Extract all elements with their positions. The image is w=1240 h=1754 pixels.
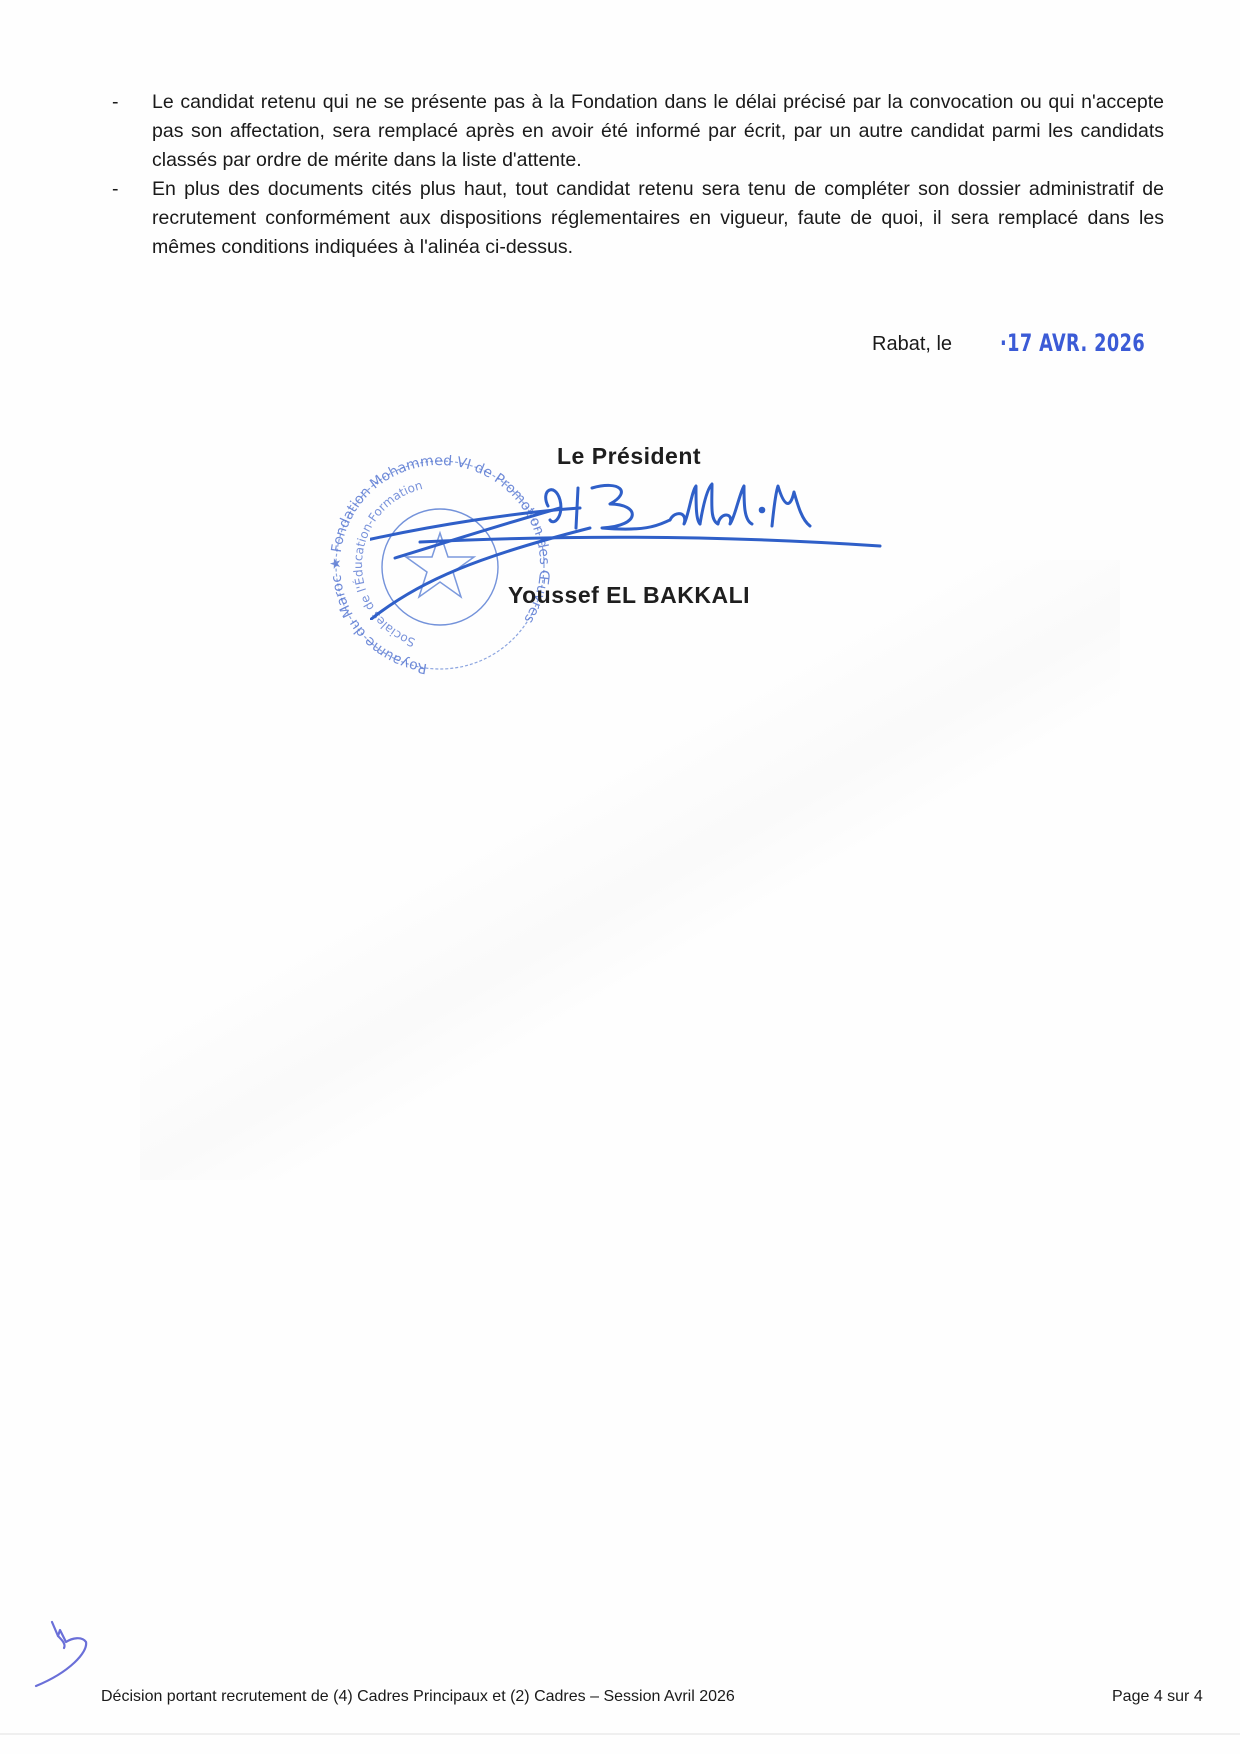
signatory-title: Le Président	[557, 443, 701, 470]
scan-smudge	[140, 560, 1120, 1180]
place-date: Rabat, le ·17 AVR. 2026	[872, 333, 952, 356]
bullet-dash: -	[112, 175, 132, 204]
document-page: - Le candidat retenu qui ne se présente …	[0, 0, 1240, 1754]
bullet-item: - Le candidat retenu qui ne se présente …	[112, 88, 1164, 175]
signatory-name: Youssef EL BAKKALI	[508, 582, 750, 609]
place-label: Rabat, le	[872, 333, 952, 355]
date-stamp: ·17 AVR. 2026	[1000, 329, 1145, 357]
bullet-item: - En plus des documents cités plus haut,…	[112, 175, 1164, 262]
bottom-edge	[0, 1733, 1240, 1735]
initials-paraph-icon	[30, 1618, 110, 1693]
footer-title: Décision portant recrutement de (4) Cadr…	[101, 1688, 735, 1706]
bullet-list: - Le candidat retenu qui ne se présente …	[112, 88, 1164, 262]
bullet-dash: -	[112, 88, 132, 117]
footer-page-number: Page 4 sur 4	[1112, 1688, 1203, 1706]
bullet-text: En plus des documents cités plus haut, t…	[152, 178, 1164, 258]
bullet-text: Le candidat retenu qui ne se présente pa…	[152, 91, 1164, 171]
